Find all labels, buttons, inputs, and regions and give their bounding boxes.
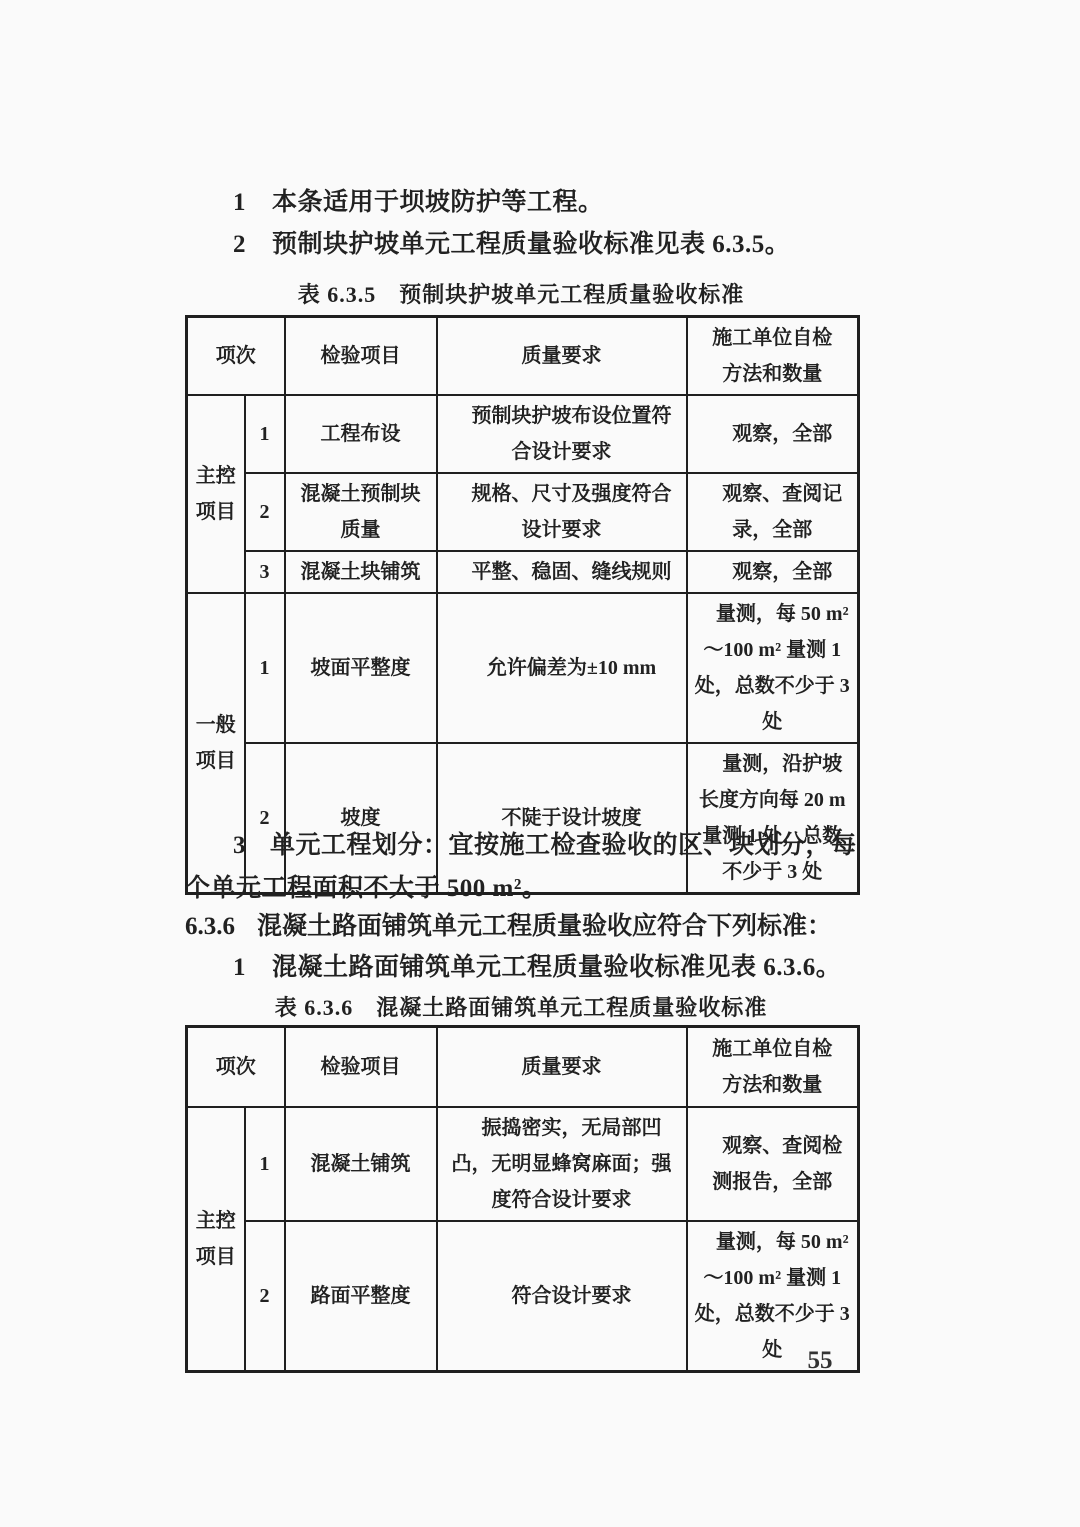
header-cell-quality: 质量要求: [437, 1027, 687, 1107]
self-check-method-cell: 观察，全部: [687, 551, 859, 593]
header-cell-method: 施工单位自检 方法和数量: [687, 317, 859, 396]
quality-requirement-cell: 符合设计要求: [437, 1221, 687, 1372]
self-check-method-cell: 量测，每 50 m²～100 m² 量测 1 处，总数不少于 3 处: [687, 593, 859, 743]
row-num-cell: 1: [245, 1107, 285, 1221]
header-cell-xiangci: 项次: [187, 1027, 285, 1107]
clause-item-1: 1本条适用于坝坡防护等工程。: [233, 182, 604, 224]
self-check-method-cell: 观察、查阅检测报告，全部: [687, 1107, 859, 1221]
header-cell-xiangci: 项次: [187, 317, 285, 396]
row-num-cell: 2: [245, 1221, 285, 1372]
quality-requirement-cell: 平整、稳固、缝线规则: [437, 551, 687, 593]
row-num-cell: 2: [245, 473, 285, 551]
row-num-cell: 1: [245, 593, 285, 743]
quality-requirement-cell: 振捣密实，无局部凹凸，无明显蜂窝麻面；强度符合设计要求: [437, 1107, 687, 1221]
table-row: 主控 项目 1 混凝土铺筑 振捣密实，无局部凹凸，无明显蜂窝麻面；强度符合设计要…: [187, 1107, 859, 1221]
clause-item-2: 2预制块护坡单元工程质量验收标准见表 6.3.5。: [233, 224, 790, 266]
clause-item-1-text: 本条适用于坝坡防护等工程。: [272, 189, 604, 216]
item-category-cell: 主控 项目: [187, 395, 245, 593]
inspection-item-cell: 路面平整度: [285, 1221, 437, 1372]
page-number: 55: [785, 1347, 855, 1375]
inspection-item-cell: 混凝土块铺筑: [285, 551, 437, 593]
table-6-3-6: 项次 检验项目 质量要求 施工单位自检 方法和数量 主控 项目 1 混凝土铺筑 …: [185, 1025, 860, 1373]
table-header-row: 项次 检验项目 质量要求 施工单位自检 方法和数量: [187, 317, 859, 396]
self-check-method-cell: 观察，全部: [687, 395, 859, 473]
table-6-3-5: 项次 检验项目 质量要求 施工单位自检 方法和数量 主控 项目 1 工程布设 预…: [185, 315, 860, 895]
header-cell-quality: 质量要求: [437, 317, 687, 396]
clause-item-2-number: 2: [233, 231, 246, 258]
header-cell-item: 检验项目: [285, 1027, 437, 1107]
table-6-3-5-caption: 表 6.3.5 预制块护坡单元工程质量验收标准: [185, 278, 857, 309]
inspection-item-cell: 混凝土铺筑: [285, 1107, 437, 1221]
clause-6-3-6-text: 混凝土路面铺筑单元工程质量验收应符合下列标准：: [257, 913, 832, 940]
row-num-cell: 1: [245, 395, 285, 473]
clause-item-4-text: 混凝土路面铺筑单元工程质量验收标准见表 6.3.6。: [272, 954, 841, 981]
inspection-item-cell: 工程布设: [285, 395, 437, 473]
table-row: 3 混凝土块铺筑 平整、稳固、缝线规则 观察，全部: [187, 551, 859, 593]
item-category-cell: 主控 项目: [187, 1107, 245, 1372]
table-row: 2 路面平整度 符合设计要求 量测，每 50 m²～100 m² 量测 1 处，…: [187, 1221, 859, 1372]
inspection-item-cell: 混凝土预制块 质量: [285, 473, 437, 551]
inspection-item-cell: 坡面平整度: [285, 593, 437, 743]
self-check-method-cell: 观察、查阅记录，全部: [687, 473, 859, 551]
clause-item-3: 3单元工程划分：宜按施工检查验收的区、块划分，每个单元工程面积不大于 500 m…: [185, 824, 861, 910]
row-num-cell: 3: [245, 551, 285, 593]
clause-6-3-6-number: 6.3.6: [185, 913, 235, 940]
table-row: 主控 项目 1 工程布设 预制块护坡布设位置符合设计要求 观察，全部: [187, 395, 859, 473]
clause-6-3-6-heading: 6.3.6混凝土路面铺筑单元工程质量验收应符合下列标准：: [185, 907, 832, 947]
table-row: 一般 项目 1 坡面平整度 允许偏差为±10 mm 量测，每 50 m²～100…: [187, 593, 859, 743]
document-page: 1本条适用于坝坡防护等工程。 2预制块护坡单元工程质量验收标准见表 6.3.5。…: [0, 0, 1080, 1527]
header-cell-item: 检验项目: [285, 317, 437, 396]
table-6-3-6-caption: 表 6.3.6 混凝土路面铺筑单元工程质量验收标准: [185, 991, 857, 1022]
table-header-row: 项次 检验项目 质量要求 施工单位自检 方法和数量: [187, 1027, 859, 1107]
header-cell-method: 施工单位自检 方法和数量: [687, 1027, 859, 1107]
quality-requirement-cell: 规格、尺寸及强度符合设计要求: [437, 473, 687, 551]
clause-item-3-text: 单元工程划分：宜按施工检查验收的区、块划分，每个单元工程面积不大于 500 m²…: [185, 832, 857, 902]
clause-item-1-number: 1: [233, 189, 246, 216]
clause-item-3-number: 3: [233, 832, 246, 859]
clause-item-2-text: 预制块护坡单元工程质量验收标准见表 6.3.5。: [272, 231, 790, 258]
clause-item-4: 1混凝土路面铺筑单元工程质量验收标准见表 6.3.6。: [233, 947, 841, 989]
quality-requirement-cell: 允许偏差为±10 mm: [437, 593, 687, 743]
quality-requirement-cell: 预制块护坡布设位置符合设计要求: [437, 395, 687, 473]
clause-item-4-number: 1: [233, 954, 246, 981]
table-row: 2 混凝土预制块 质量 规格、尺寸及强度符合设计要求 观察、查阅记录，全部: [187, 473, 859, 551]
